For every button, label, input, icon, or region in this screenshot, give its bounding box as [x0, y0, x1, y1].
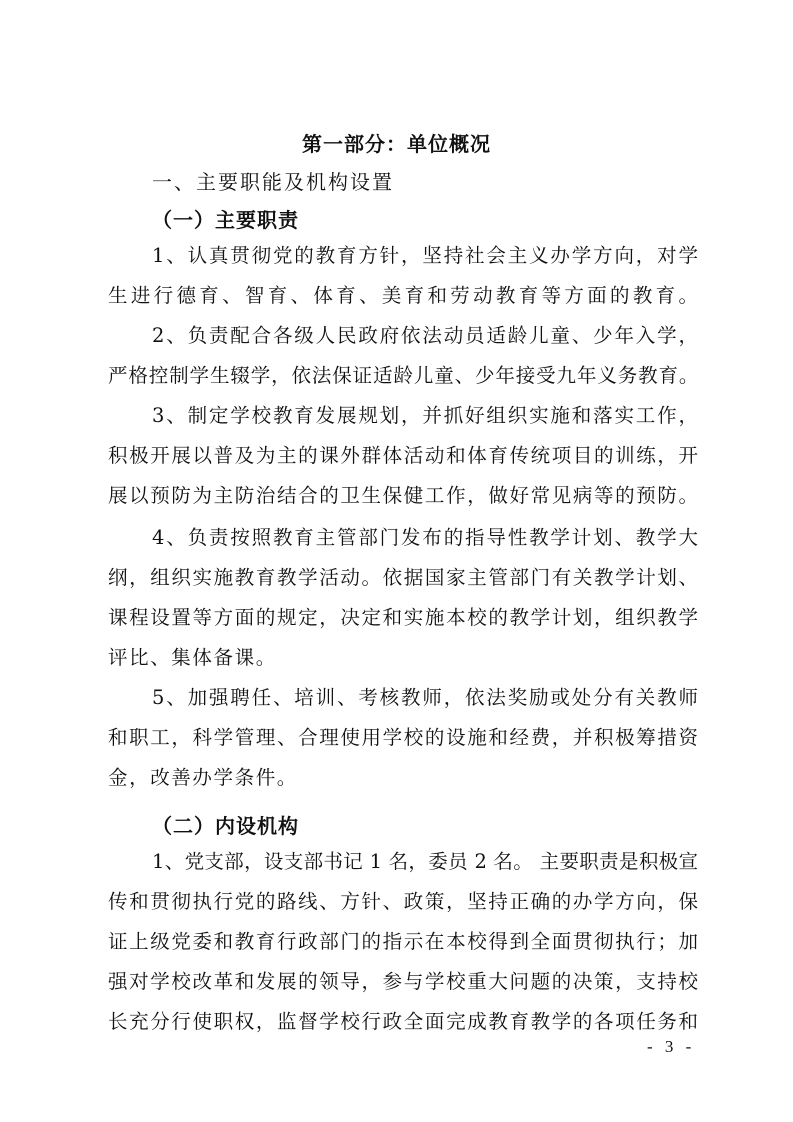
- paragraph-line: 1、党支部，设支部书记 1 名，委员 2 名。 主要职责是积极宣: [152, 850, 698, 874]
- paragraph-line: 长充分行使职权，监督学校行政全面完成教育教学的各项任务和: [108, 1010, 698, 1034]
- paragraph-line: 4、负责按照教育主管部门发布的指导性教学计划、教学大: [152, 526, 698, 550]
- paragraph-line: 纲，组织实施教育教学活动。依据国家主管部门有关教学计划、: [108, 566, 698, 590]
- paragraph-line: 证上级党委和教育行政部门的指示在本校得到全面贯彻执行；加: [108, 930, 698, 954]
- paragraph-line: 课程设置等方面的规定，决定和实施本校的教学计划，组织教学: [108, 606, 698, 630]
- paragraph-line: 积极开展以普及为主的课外群体活动和体育传统项目的训练，开: [108, 444, 698, 468]
- page-number: - 3 -: [647, 1037, 695, 1057]
- paragraph-line: 5、加强聘任、培训、考核教师，依法奖励或处分有关教师: [152, 686, 698, 710]
- paragraph-line: 严格控制学生辍学，依法保证适龄儿童、少年接受九年义务教育。: [108, 364, 698, 388]
- paragraph-line: 评比、集体备课。: [108, 646, 698, 670]
- subsection-heading-duties: （一）主要职责: [152, 204, 299, 233]
- paragraph-line: 3、制定学校教育发展规划，并抓好组织实施和落实工作，: [152, 404, 698, 428]
- paragraph-line: 1、认真贯彻党的教育方针，坚持社会主义办学方向，对学: [152, 244, 698, 268]
- part-title: 第一部分：单位概况: [0, 128, 793, 157]
- paragraph-line: 展以预防为主防治结合的卫生保健工作，做好常见病等的预防。: [108, 484, 698, 508]
- paragraph-line: 金，改善办学条件。: [108, 766, 698, 790]
- section-heading: 一、主要职能及机构设置: [152, 166, 394, 195]
- subsection-heading-departments: （二）内设机构: [152, 810, 299, 839]
- paragraph-line: 强对学校改革和发展的领导，参与学校重大问题的决策，支持校: [108, 970, 698, 994]
- paragraph-line: 传和贯彻执行党的路线、方针、政策，坚持正确的办学方向，保: [108, 890, 698, 914]
- paragraph-line: 2、负责配合各级人民政府依法动员适龄儿童、少年入学，: [152, 324, 698, 348]
- paragraph-line: 和职工，科学管理、合理使用学校的设施和经费，并积极筹措资: [108, 726, 698, 750]
- paragraph-line: 生进行德育、智育、体育、美育和劳动教育等方面的教育。: [108, 284, 698, 308]
- document-page: 第一部分：单位概况 一、主要职能及机构设置 （一）主要职责 1、认真贯彻党的教育…: [0, 0, 793, 1122]
